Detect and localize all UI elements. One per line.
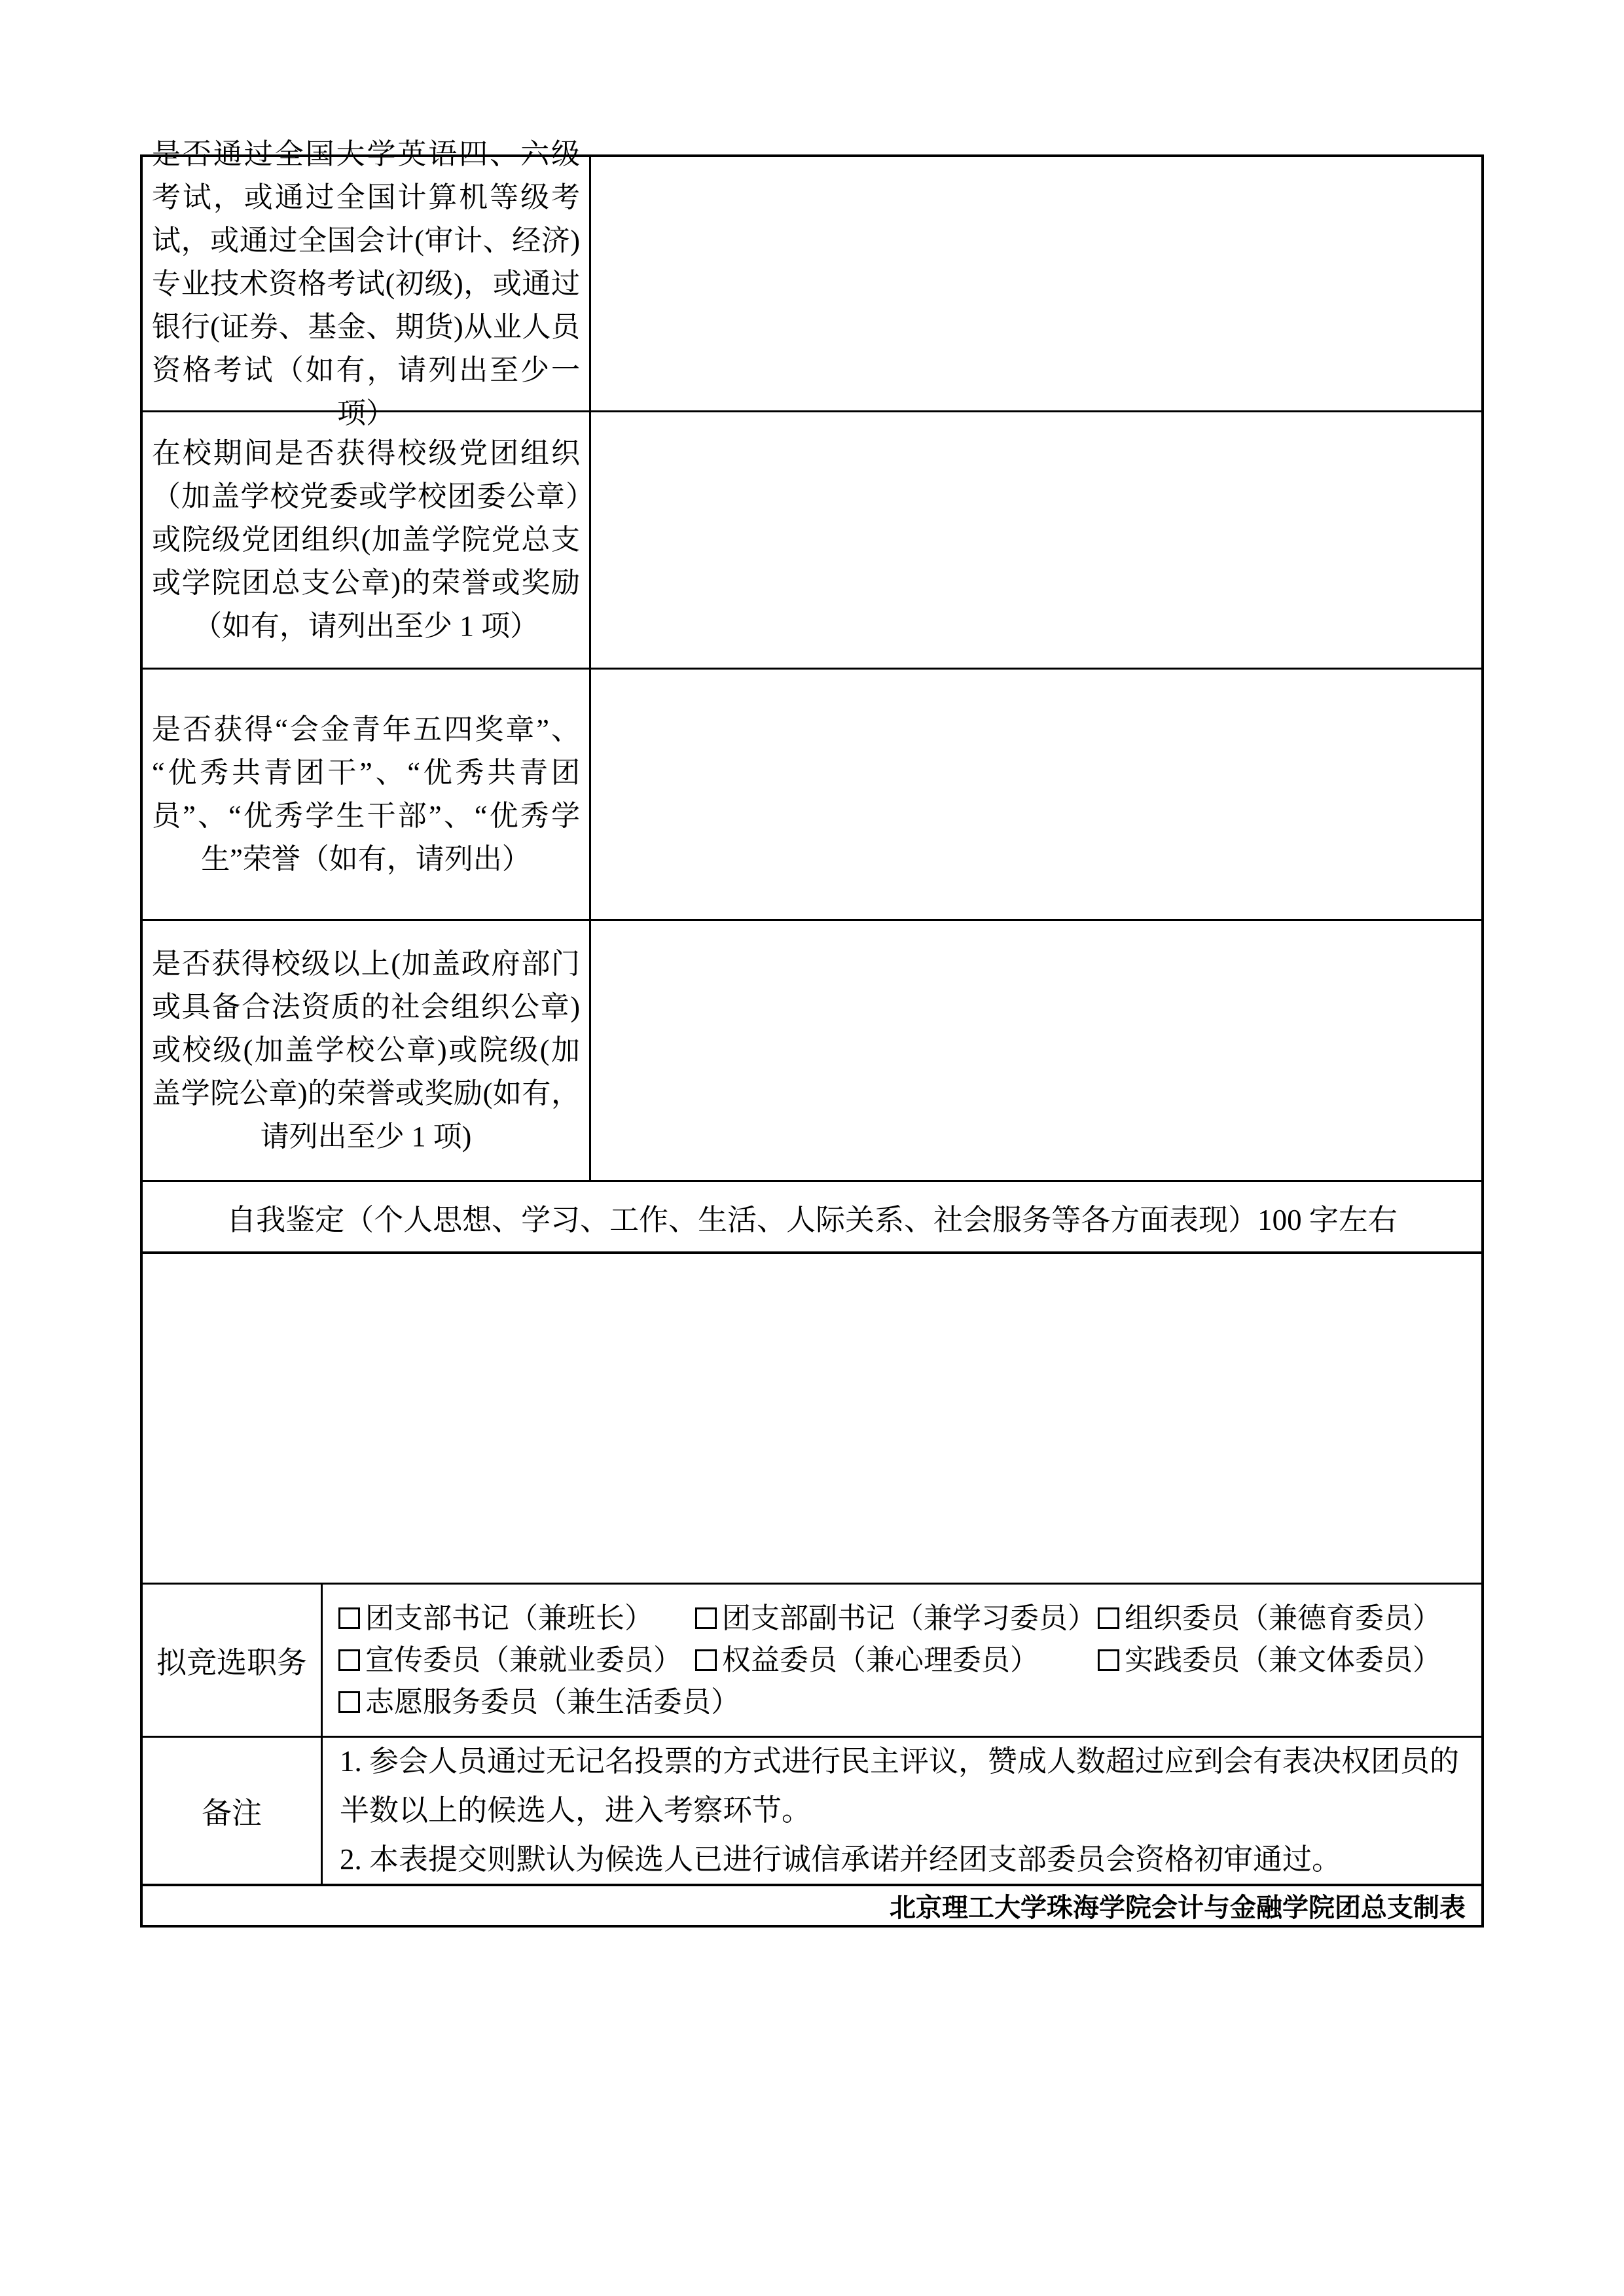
qualification-question: 是否通过全国大学英语四、六级考试，或通过全国计算机等级考试，或通过全国会计(审计… [152,133,580,435]
position-option[interactable]: 权益委员（兼心理委员） [695,1640,1098,1681]
checkbox-icon[interactable] [1098,1649,1119,1671]
answer-cell[interactable] [589,921,1481,1180]
options-line: 宣传委员（兼就业委员） 权益委员（兼心理委员） 实践委员（兼文体委员） [338,1640,1470,1681]
options-line: 志愿服务委员（兼生活委员） [338,1681,1470,1723]
qualification-question: 在校期间是否获得校级党团组织（加盖学校党委或学校团委公章）或院级党团组织(加盖学… [152,432,580,648]
qualification-question: 是否获得“会金青年五四奖章”、“优秀共青团干”、“优秀共青团员”、“优秀学生干部… [152,708,580,881]
position-option[interactable]: 团支部副书记（兼学习委员） [695,1598,1098,1640]
qualification-label-cell: 是否获得“会金青年五四奖章”、“优秀共青团干”、“优秀共青团员”、“优秀学生干部… [143,670,589,919]
footer-note: 北京理工大学珠海学院会计与金融学院团总支制表 [890,1887,1466,1924]
checkbox-icon[interactable] [338,1607,360,1629]
checkbox-icon[interactable] [338,1691,360,1713]
document-page: 是否通过全国大学英语四、六级考试，或通过全国计算机等级考试，或通过全国会计(审计… [0,0,1624,2296]
remark-line: 2. 本表提交则默认为候选人已进行诚信承诺并经团支部委员会资格初审通过。 [340,1835,1467,1884]
options-line: 团支部书记（兼班长） 团支部副书记（兼学习委员） 组织委员（兼德育委员） [338,1598,1470,1640]
position-options-cell: 团支部书记（兼班长） 团支部副书记（兼学习委员） 组织委员（兼德育委员） 宣传委… [321,1585,1481,1736]
footer-row: 北京理工大学珠海学院会计与金融学院团总支制表 [143,1886,1481,1925]
qualification-label-cell: 在校期间是否获得校级党团组织（加盖学校党委或学校团委公章）或院级党团组织(加盖学… [143,412,589,668]
answer-cell[interactable] [589,157,1481,410]
remarks-label: 备注 [143,1738,321,1884]
position-row: 拟竞选职务 团支部书记（兼班长） 团支部副书记（兼学习委员） 组织委员（兼德育委… [143,1585,1481,1738]
position-option-label: 志愿服务委员（兼生活委员） [365,1681,740,1723]
checkbox-icon[interactable] [695,1607,717,1629]
position-option[interactable]: 实践委员（兼文体委员） [1098,1640,1441,1681]
checkbox-icon[interactable] [695,1649,717,1671]
position-option[interactable]: 宣传委员（兼就业委员） [338,1640,695,1681]
position-option-label: 宣传委员（兼就业委员） [365,1640,682,1681]
position-option[interactable]: 组织委员（兼德育委员） [1098,1598,1441,1640]
self-assessment-input-area[interactable] [143,1254,1481,1585]
remarks-cell: 1. 参会人员通过无记名投票的方式进行民主评议，赞成人数超过应到会有表决权团员的… [321,1738,1481,1884]
answer-cell[interactable] [589,670,1481,919]
checkbox-icon[interactable] [1098,1607,1119,1629]
position-option-label: 实践委员（兼文体委员） [1125,1640,1441,1681]
position-option-label: 团支部书记（兼班长） [365,1598,653,1640]
qualification-label-cell: 是否通过全国大学英语四、六级考试，或通过全国计算机等级考试，或通过全国会计(审计… [143,157,589,410]
qualification-question: 是否获得校级以上(加盖政府部门或具备合法资质的社会组织公章)或校级(加盖学校公章… [152,942,580,1158]
position-option[interactable]: 团支部书记（兼班长） [338,1598,695,1640]
answer-cell[interactable] [589,412,1481,668]
checkbox-icon[interactable] [338,1649,360,1671]
qualification-label-cell: 是否获得校级以上(加盖政府部门或具备合法资质的社会组织公章)或校级(加盖学校公章… [143,921,589,1180]
position-option-label: 团支部副书记（兼学习委员） [722,1598,1096,1640]
qualification-row-above-school-honors: 是否获得校级以上(加盖政府部门或具备合法资质的社会组织公章)或校级(加盖学校公章… [143,921,1481,1182]
position-option-label: 权益委员（兼心理委员） [722,1640,1039,1681]
qualification-row-exams: 是否通过全国大学英语四、六级考试，或通过全国计算机等级考试，或通过全国会计(审计… [143,157,1481,412]
position-label: 拟竞选职务 [143,1585,321,1736]
remark-line: 1. 参会人员通过无记名投票的方式进行民主评议，赞成人数超过应到会有表决权团员的… [340,1737,1467,1835]
candidate-form-table: 是否通过全国大学英语四、六级考试，或通过全国计算机等级考试，或通过全国会计(审计… [140,154,1484,1928]
self-assessment-header: 自我鉴定（个人思想、学习、工作、生活、人际关系、社会服务等各方面表现）100 字… [143,1182,1481,1254]
qualification-row-league-honors: 是否获得“会金青年五四奖章”、“优秀共青团干”、“优秀共青团员”、“优秀学生干部… [143,670,1481,921]
position-option[interactable]: 志愿服务委员（兼生活委员） [338,1681,740,1723]
remarks-row: 备注 1. 参会人员通过无记名投票的方式进行民主评议，赞成人数超过应到会有表决权… [143,1738,1481,1886]
qualification-row-school-honors: 在校期间是否获得校级党团组织（加盖学校党委或学校团委公章）或院级党团组织(加盖学… [143,412,1481,670]
position-option-label: 组织委员（兼德育委员） [1125,1598,1441,1640]
